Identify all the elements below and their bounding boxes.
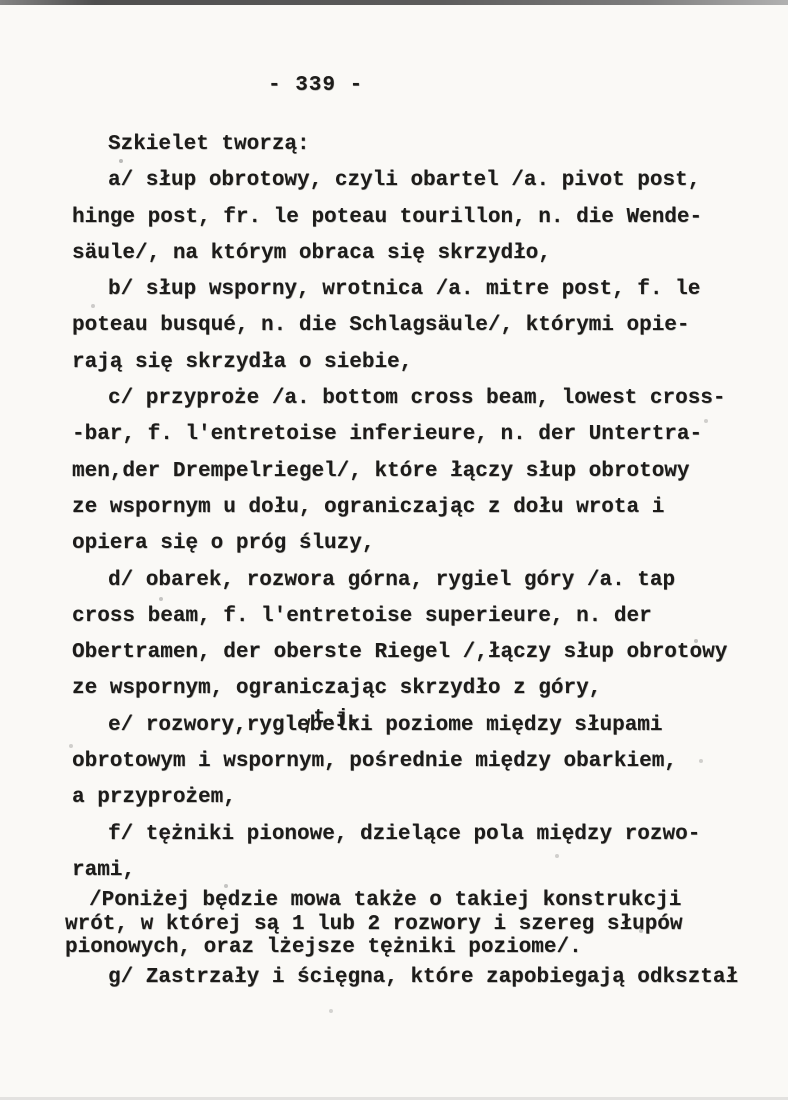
paragraph-item-b: b/ słup wsporny, wrotnica /a. mitre post… xyxy=(72,272,758,381)
paragraph-item-g: g/ Zastrzały i ścięgna, które zapobiegaj… xyxy=(72,960,758,996)
text-line: a/ słup obrotowy, czyli obartel /a. pivo… xyxy=(72,163,758,199)
text-segment: belki poziome między słupami xyxy=(310,714,663,737)
text-line: /Poniżej będzie mowa także o takiej kons… xyxy=(65,889,758,913)
text-line: pionowych, oraz lżejsze tężniki poziome/… xyxy=(65,936,758,960)
text-line: a przyprożem, xyxy=(72,780,758,816)
text-line-with-insertion: e/ rozwory,ryglet.j.belki poziome między… xyxy=(72,708,758,744)
text-line: rają się skrzydła o siebie, xyxy=(72,345,758,381)
scanned-document-page: - 339 - Szkielet tworzą: a/ słup obrotow… xyxy=(0,0,788,1100)
text-block: Szkielet tworzą: a/ słup obrotowy, czyli… xyxy=(72,127,758,996)
paragraph-intro: Szkielet tworzą: xyxy=(72,127,758,163)
text-line: b/ słup wsporny, wrotnica /a. mitre post… xyxy=(72,272,758,308)
text-line: Obertramen, der oberste Riegel /,łączy s… xyxy=(72,635,758,671)
text-line: -bar, f. l'entretoise inferieure, n. der… xyxy=(72,417,758,453)
text-line: obrotowym i wspornym, pośrednie między o… xyxy=(72,744,758,780)
page-number: - 339 - xyxy=(268,74,363,97)
text-line: hinge post, fr. le poteau tourillon, n. … xyxy=(72,200,758,236)
scan-edge-artifact-top xyxy=(0,0,788,5)
text-line: d/ obarek, rozwora górna, rygiel góry /a… xyxy=(72,563,758,599)
paragraph-parenthetical-note: /Poniżej będzie mowa także o takiej kons… xyxy=(65,889,758,960)
paragraph-item-c: c/ przyproże /a. bottom cross beam, lowe… xyxy=(72,381,758,562)
paragraph-item-d: d/ obarek, rozwora górna, rygiel góry /a… xyxy=(72,563,758,708)
paragraph-item-f: f/ tężniki pionowe, dzielące pola między… xyxy=(72,817,758,890)
text-line: cross beam, f. l'entretoise superieure, … xyxy=(72,599,758,635)
scan-noise-specks xyxy=(0,0,2,2)
text-line: men,der Drempelriegel/, które łączy słup… xyxy=(72,454,758,490)
text-line: säule/, na którym obraca się skrzydło, xyxy=(72,236,758,272)
text-line: wrót, w której są 1 lub 2 rozwory i szer… xyxy=(65,913,758,937)
text-line: opiera się o próg śluzy, xyxy=(72,526,758,562)
text-line: rami, xyxy=(72,853,758,889)
text-line: f/ tężniki pionowe, dzielące pola między… xyxy=(72,817,758,853)
text-line: poteau busqué, n. die Schlagsäule/, któr… xyxy=(72,308,758,344)
paragraph-item-e: e/ rozwory,ryglet.j.belki poziome między… xyxy=(72,708,758,817)
text-line: g/ Zastrzały i ścięgna, które zapobiegaj… xyxy=(72,960,758,996)
text-line: c/ przyproże /a. bottom cross beam, lowe… xyxy=(72,381,758,417)
text-line: Szkielet tworzą: xyxy=(72,127,758,163)
paragraph-item-a: a/ słup obrotowy, czyli obartel /a. pivo… xyxy=(72,163,758,272)
paragraph-item-e-continuation: obrotowym i wspornym, pośrednie między o… xyxy=(72,744,758,817)
text-line: ze wspornym, ograniczając skrzydło z gór… xyxy=(72,671,758,707)
text-line: ze wspornym u dołu, ograniczając z dołu … xyxy=(72,490,758,526)
interline-insertion: t.j. xyxy=(278,699,360,735)
